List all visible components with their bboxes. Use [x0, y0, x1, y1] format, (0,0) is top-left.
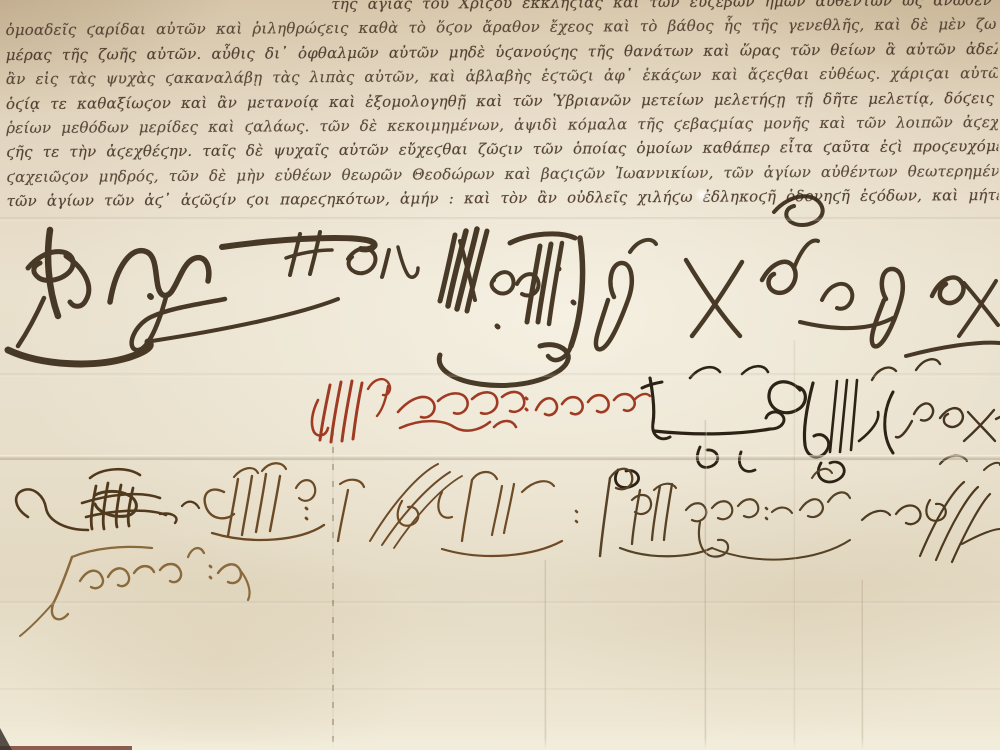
central-monogram-signature — [615, 366, 893, 487]
fold-crease-horizontal — [0, 688, 1000, 692]
fold-crease-vertical — [544, 560, 547, 750]
fold-crease-horizontal — [0, 601, 1000, 605]
fold-crease-horizontal — [0, 217, 1000, 221]
hierarch-signature-3 — [338, 464, 577, 556]
hierarch-signature-1 — [16, 469, 199, 530]
right-cursive-signature — [872, 359, 1000, 441]
fold-crease-horizontal — [0, 455, 1000, 461]
fold-crease-vertical — [332, 430, 334, 750]
bottom-left-signature — [20, 547, 250, 636]
light-glare — [694, 188, 710, 202]
fold-crease-vertical — [861, 580, 864, 750]
photo-edge-strip — [0, 746, 132, 750]
patriarch-signature — [8, 196, 1000, 385]
fold-crease-horizontal — [0, 373, 1000, 377]
hierarch-signature-2 — [205, 463, 324, 540]
fold-crease-vertical — [793, 340, 796, 750]
photo-bottom-edge — [0, 738, 1000, 750]
fold-crease-vertical — [704, 420, 707, 750]
manuscript-photo: τῆς ἁγίας τοῦ Χριϛοῦ ἐκκληϛίας καὶ τῶν ε… — [0, 0, 1000, 750]
hierarch-signature-5 — [862, 456, 1000, 562]
voivode-signature-red — [312, 379, 650, 442]
